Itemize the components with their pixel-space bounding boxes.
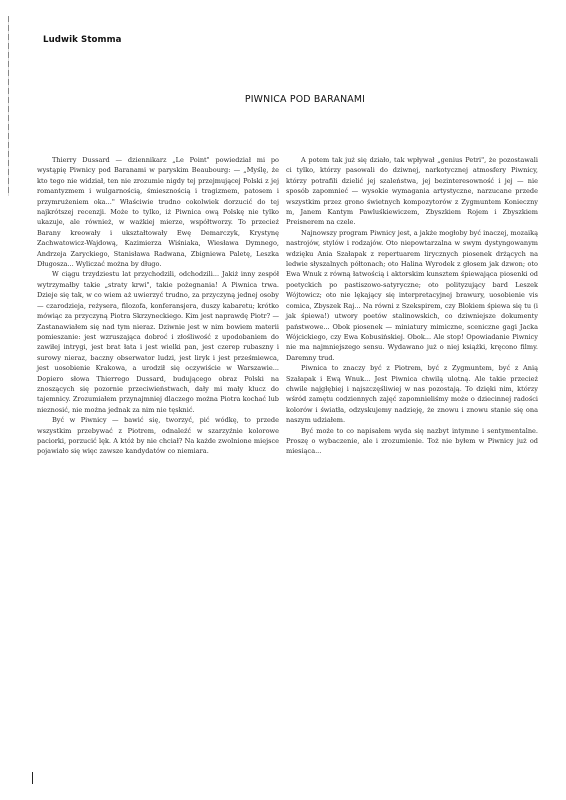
paragraph: Thierry Dussard — dziennikarz „Le Point"… (37, 155, 279, 269)
author-name: Ludwik Stomma (43, 35, 122, 45)
document-page: Ludwik Stomma PIWNICA POD BARANAMI Thier… (0, 0, 566, 800)
right-column: A potem tak już się działo, tak wpływał … (286, 155, 538, 457)
left-column: Thierry Dussard — dziennikarz „Le Point"… (37, 155, 279, 457)
paragraph: A potem tak już się działo, tak wpływał … (286, 155, 538, 228)
paragraph: Piwnica to znaczy być z Piotrem, być z Z… (286, 363, 538, 425)
paragraph: Być w Piwnicy — bawić się, tworzyć, pić … (37, 415, 279, 457)
page-edge-mark (32, 772, 33, 784)
article-title: PIWNICA POD BARANAMI (0, 94, 566, 105)
paragraph: W ciągu trzydziestu lat przychodzili, od… (37, 269, 279, 415)
paragraph: Być może to co napisałem wyda się nazbyt… (286, 426, 538, 457)
page-edge-line (8, 16, 9, 196)
paragraph: Najnowszy program Piwnicy jest, a jakże … (286, 228, 538, 363)
